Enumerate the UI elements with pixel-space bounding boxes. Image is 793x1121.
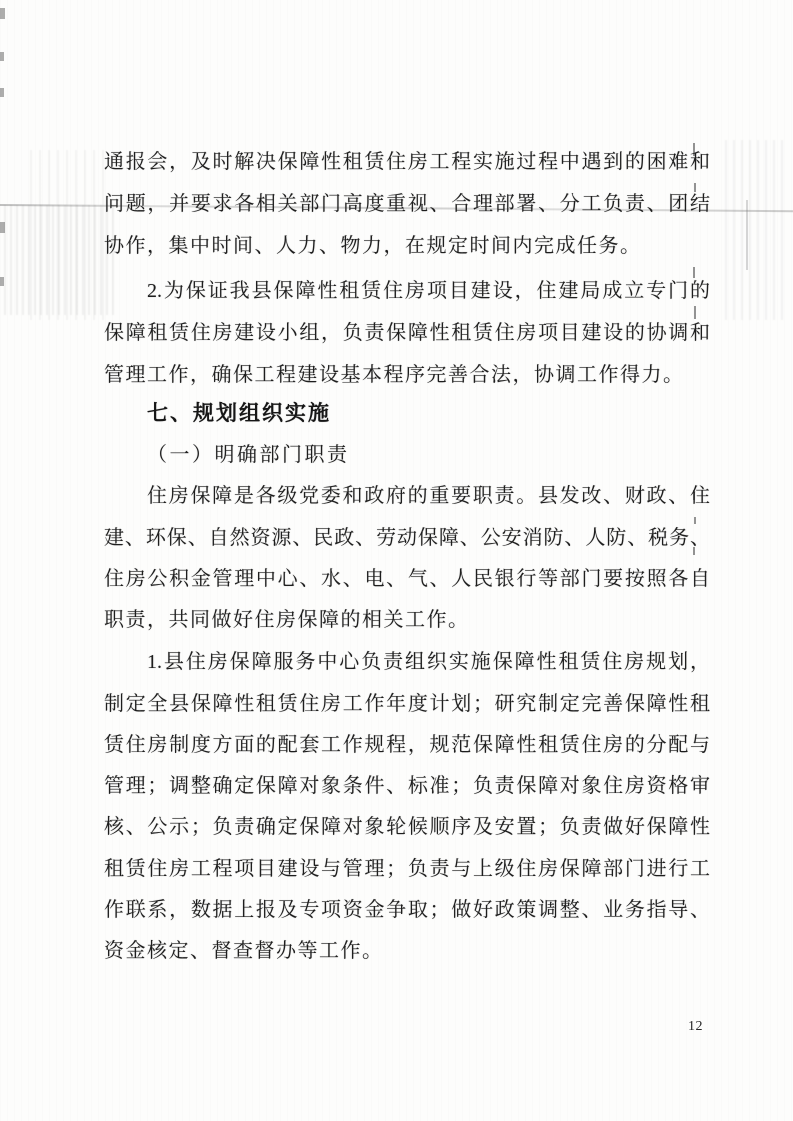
text-line: 2.为保证我县保障性租赁住房项目建设，住建局成立专门的 [104,276,710,306]
text-line: 管理工作，确保工程建设基本程序完善合法，协调工作得力。 [104,360,710,390]
text-line: 1.县住房保障服务中心负责组织实施保障性租赁住房规划， [104,647,710,677]
text-line: 住房公积金管理中心、水、电、气、人民银行等部门要按照各自 [104,564,710,594]
scan-tick [0,222,5,233]
text-line: 资金核定、督查督办等工作。 [104,936,710,966]
text-line: 住房保障是各级党委和政府的重要职责。县发改、财政、住 [104,481,710,511]
text-line: 通报会，及时解决保障性租赁住房工程实施过程中遇到的困难和 [104,147,710,177]
scan-smudge [725,140,785,320]
text-line: 作联系，数据上报及专项资金争取；做好政策调整、业务指导、 [104,895,710,925]
document-page: 通报会，及时解决保障性租赁住房工程实施过程中遇到的困难和 问题，并要求各相关部门… [0,0,793,1121]
text-line: 职责，共同做好住房保障的相关工作。 [104,605,710,635]
text-line: 保障租赁住房建设小组，负责保障性租赁住房项目建设的协调和 [104,318,710,348]
scan-tick [0,52,4,61]
section-heading: 七、规划组织实施 [147,398,707,428]
text-line: 问题，并要求各相关部门高度重视、合理部署、分工负责、团结 [104,189,710,219]
scan-vline [746,200,748,270]
scan-smudge [4,205,114,315]
scan-tick [0,277,4,286]
text-line: 租赁住房工程项目建设与管理；负责与上级住房保障部门进行工 [104,854,710,884]
text-line: 建、环保、自然资源、民政、劳动保障、公安消防、人防、税务、 [104,523,710,553]
page-number: 12 [688,1018,703,1036]
text-line: 协作，集中时间、人力、物力，在规定时间内完成任务。 [104,231,710,261]
scan-smudge [30,150,110,320]
text-line: 赁住房制度方面的配套工作规程，规范保障性租赁住房的分配与 [104,730,710,760]
scan-tick [0,88,4,97]
subsection-heading: （一）明确部门职责 [147,440,707,470]
text-line: 管理；调整确定保障对象条件、标准；负责保障对象住房资格审 [104,771,710,801]
text-line: 核、公示；负责确定保障对象轮候顺序及安置；负责做好保障性 [104,812,710,842]
scan-tick [0,8,5,19]
text-line: 制定全县保障性租赁住房工作年度计划；研究制定完善保障性租 [104,689,710,719]
